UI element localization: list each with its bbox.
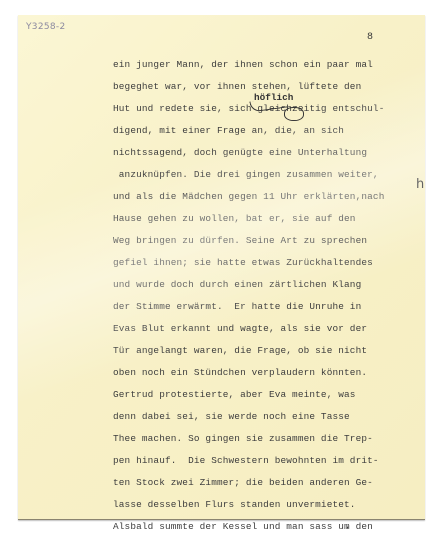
text-line: gefiel ihnen; sie hatte etwas Zurückhalt… [113, 256, 413, 278]
text-line: und als die Mädchen gegen 11 Uhr erklärt… [113, 190, 413, 212]
text-line: nichtssagend, doch genügte eine Unterhal… [113, 146, 413, 168]
text-line: Gertrud protestierte, aber Eva meinte, w… [113, 388, 413, 410]
text-line: denn dabei sei, sie werde noch eine Tass… [113, 410, 413, 432]
page-number: 8 [367, 32, 373, 43]
typed-text-body: ein junger Mann, der ihnen schon ein paa… [113, 58, 413, 542]
circled-word-mark [284, 107, 304, 121]
text-line: Tür angelangt waren, die Frage, ob sie n… [113, 344, 413, 366]
text-line: lasse desselben Flurs standen unvermiete… [113, 498, 413, 520]
text-line: der Stimme erwärmt. Er hatte die Unruhe … [113, 300, 413, 322]
text-line: Thee machen. So gingen sie zusammen die … [113, 432, 413, 454]
text-line: oben noch ein Stündchen verplaudern könn… [113, 366, 413, 388]
handwritten-letter: h [416, 177, 424, 192]
text-line: pen hinauf. Die Schwestern bewohnten im … [113, 454, 413, 476]
text-line: und wurde doch durch einen zärtlichen Kl… [113, 278, 413, 300]
text-line: Evas Blut erkannt und wagte, als sie vor… [113, 322, 413, 344]
text-line: ein junger Mann, der ihnen schon ein paa… [113, 58, 413, 80]
text-line: Hause gehen zu wollen, bat er, sie auf d… [113, 212, 413, 234]
text-line: Alsbald summte der Kessel und man sass u… [113, 520, 413, 542]
text-line: anzuknüpfen. Die drei gingen zusammen we… [113, 168, 413, 190]
text-line: ten Stock zwei Zimmer; die beiden andere… [113, 476, 413, 498]
text-line: Weg bringen zu dürfen. Seine Art zu spre… [113, 234, 413, 256]
text-line: digend, mit einer Frage an, die, an sich [113, 124, 413, 146]
handwritten-comma: , [346, 520, 349, 531]
typewritten-page: Y3258-2 8 ein junger Mann, der ihnen sch… [18, 15, 425, 520]
archive-id-label: Y3258-2 [26, 22, 65, 32]
